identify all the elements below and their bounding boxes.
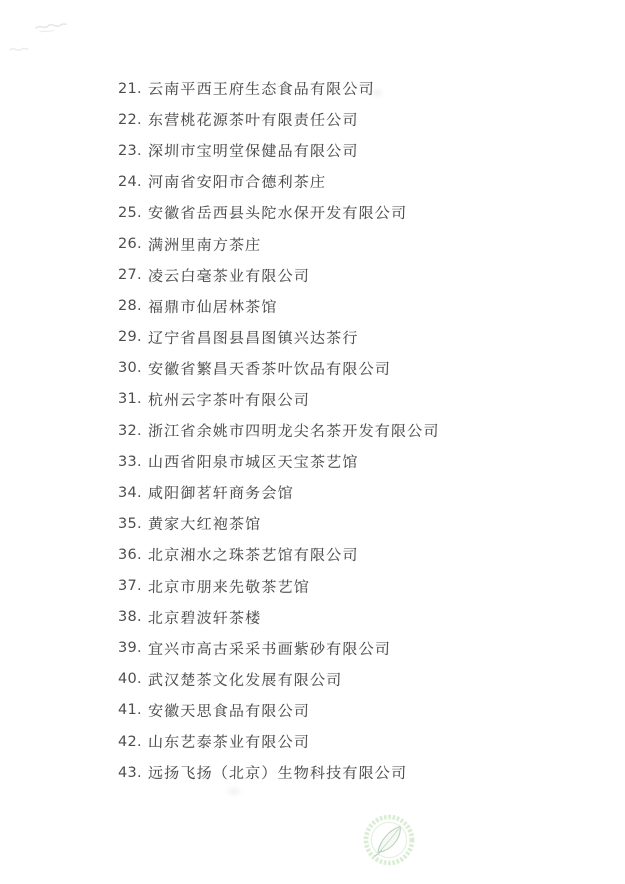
list-item: 34.咸阳御茗轩商务会馆 <box>118 477 440 508</box>
list-item-name: 福鼎市仙居林茶馆 <box>148 296 278 317</box>
list-item-name: 浙江省余姚市四明龙尖名茶开发有限公司 <box>148 420 440 441</box>
list-item: 43.远扬飞扬（北京）生物科技有限公司 <box>118 757 440 788</box>
company-list: 21.云南平西王府生态食品有限公司 22.东营桃花源茶叶有限责任公司 23.深圳… <box>118 73 440 788</box>
list-item-name: 黄家大红袍茶馆 <box>148 513 262 534</box>
list-item: 23.深圳市宝明堂保健品有限公司 <box>118 135 440 166</box>
list-item-name: 山东艺泰茶业有限公司 <box>148 731 311 752</box>
list-item-number: 25. <box>118 205 148 221</box>
list-item-number: 36. <box>118 547 148 563</box>
list-item: 41.安徽天思食品有限公司 <box>118 695 440 726</box>
list-item-number: 35. <box>118 516 148 532</box>
list-item-name: 云南平西王府生态食品有限公司 <box>148 78 375 99</box>
list-item-name: 东营桃花源茶叶有限责任公司 <box>148 109 359 130</box>
list-item: 37.北京市朋来先敬茶艺馆 <box>118 571 440 602</box>
list-item: 32.浙江省余姚市四明龙尖名茶开发有限公司 <box>118 415 440 446</box>
list-item-number: 21. <box>118 81 148 97</box>
list-item: 36.北京湘水之珠茶艺馆有限公司 <box>118 539 440 570</box>
list-item: 28.福鼎市仙居林茶馆 <box>118 291 440 322</box>
list-item-number: 31. <box>118 391 148 407</box>
list-item-number: 22. <box>118 112 148 128</box>
list-item: 33.山西省阳泉市城区天宝茶艺馆 <box>118 446 440 477</box>
list-item-name: 杭州云字茶叶有限公司 <box>148 389 311 410</box>
list-item-name: 辽宁省昌图县昌图镇兴达茶行 <box>148 327 359 348</box>
list-item-number: 29. <box>118 329 148 345</box>
scan-artifact <box>8 42 30 58</box>
leaf-seal-icon <box>361 811 417 869</box>
list-item-name: 安徽天思食品有限公司 <box>148 700 311 721</box>
list-item-number: 41. <box>118 702 148 718</box>
list-item-name: 凌云白毫茶业有限公司 <box>148 265 311 286</box>
list-item: 24.河南省安阳市合德利茶庄 <box>118 166 440 197</box>
list-item-name: 北京碧波轩茶楼 <box>148 607 262 628</box>
list-item-number: 40. <box>118 671 148 687</box>
list-item-number: 42. <box>118 734 148 750</box>
scan-artifact <box>34 18 68 36</box>
list-item-number: 43. <box>118 765 148 781</box>
list-item: 40.武汉楚茶文化发展有限公司 <box>118 664 440 695</box>
list-item-number: 24. <box>118 174 148 190</box>
list-item: 26.满洲里南方茶庄 <box>118 228 440 259</box>
list-item-name: 满洲里南方茶庄 <box>148 234 262 255</box>
list-item-name: 北京市朋来先敬茶艺馆 <box>148 576 311 597</box>
list-item: 38.北京碧波轩茶楼 <box>118 602 440 633</box>
list-item-number: 34. <box>118 485 148 501</box>
list-item-number: 30. <box>118 360 148 376</box>
list-item-name: 远扬飞扬（北京）生物科技有限公司 <box>148 762 408 783</box>
list-item-name: 宜兴市高古采采书画紫砂有限公司 <box>148 638 392 659</box>
list-item: 35.黄家大红袍茶馆 <box>118 508 440 539</box>
list-item: 42.山东艺泰茶业有限公司 <box>118 726 440 757</box>
list-item: 31.杭州云字茶叶有限公司 <box>118 384 440 415</box>
document-page: 21.云南平西王府生态食品有限公司 22.东营桃花源茶叶有限责任公司 23.深圳… <box>0 0 625 884</box>
list-item-name: 安徽省繁昌天香茶叶饮品有限公司 <box>148 358 392 379</box>
list-item-number: 39. <box>118 640 148 656</box>
list-item-number: 37. <box>118 578 148 594</box>
list-item-number: 38. <box>118 609 148 625</box>
list-item-name: 武汉楚茶文化发展有限公司 <box>148 669 343 690</box>
list-item: 29.辽宁省昌图县昌图镇兴达茶行 <box>118 322 440 353</box>
list-item-number: 27. <box>118 267 148 283</box>
list-item: 22.东营桃花源茶叶有限责任公司 <box>118 104 440 135</box>
scan-artifact <box>228 788 240 795</box>
list-item-number: 26. <box>118 236 148 252</box>
list-item-name: 山西省阳泉市城区天宝茶艺馆 <box>148 451 359 472</box>
list-item-number: 23. <box>118 143 148 159</box>
list-item-name: 河南省安阳市合德利茶庄 <box>148 171 327 192</box>
list-item-number: 28. <box>118 298 148 314</box>
list-item: 30.安徽省繁昌天香茶叶饮品有限公司 <box>118 353 440 384</box>
list-item: 27.凌云白毫茶业有限公司 <box>118 260 440 291</box>
list-item-name: 北京湘水之珠茶艺馆有限公司 <box>148 544 359 565</box>
list-item-number: 32. <box>118 423 148 439</box>
list-item-name: 咸阳御茗轩商务会馆 <box>148 482 294 503</box>
list-item: 39.宜兴市高古采采书画紫砂有限公司 <box>118 633 440 664</box>
list-item-number: 33. <box>118 454 148 470</box>
list-item: 25.安徽省岳西县头陀水保开发有限公司 <box>118 197 440 228</box>
list-item-name: 安徽省岳西县头陀水保开发有限公司 <box>148 202 408 223</box>
list-item-name: 深圳市宝明堂保健品有限公司 <box>148 140 359 161</box>
list-item: 21.云南平西王府生态食品有限公司 <box>118 73 440 104</box>
